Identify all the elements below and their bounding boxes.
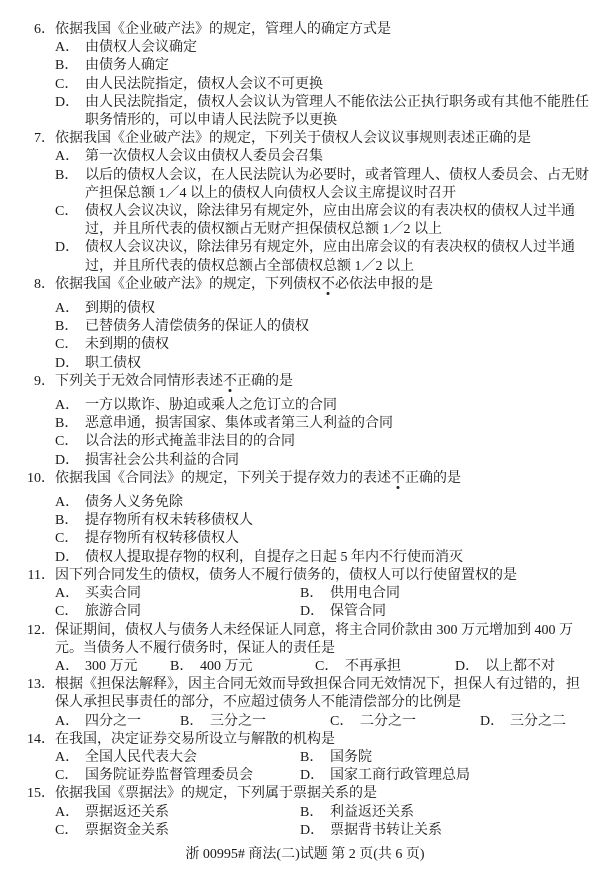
- question-stem: 依据我国《合同法》的规定，下列关于提存效力的表述不正确的是: [55, 470, 590, 488]
- option-b: B． 三分之一: [180, 713, 330, 731]
- option-d: D． 损害社会公共利益的合同: [55, 452, 590, 470]
- option-d: D． 国家工商行政管理总局: [300, 767, 590, 785]
- options-row: A． 300 万元 B． 400 万元 C． 不再承担 D． 以上都不对: [20, 658, 590, 676]
- question-number: 13．: [20, 676, 55, 712]
- option-label: B．: [55, 512, 85, 530]
- question-8: 8． 依据我国《企业破产法》的规定，下列债权不必依法申报的是 A． 到期的债权 …: [20, 276, 590, 373]
- option-b: B． 供用电合同: [300, 585, 590, 603]
- option-label: D．: [55, 239, 85, 275]
- option-label: B．: [300, 585, 330, 603]
- option-text: 债务人义务免除: [85, 494, 590, 512]
- option-text: 国务院证券监督管理委员会: [85, 767, 300, 785]
- option-text: 保管合同: [330, 603, 590, 621]
- option-text: 到期的债权: [85, 300, 590, 318]
- question-9: 9． 下列关于无效合同情形表述不正确的是 A． 一方以欺诈、胁迫或乘人之危订立的…: [20, 373, 590, 470]
- question-number: 8．: [20, 276, 55, 294]
- option-text: 已替债务人清偿债务的保证人的债权: [85, 318, 590, 336]
- option-label: C．: [315, 658, 345, 676]
- question-head: 15． 依据我国《票据法》的规定，下列属于票据关系的是: [20, 785, 590, 803]
- option-text: 第一次债权人会议由债权人委员会召集: [85, 148, 590, 166]
- option-label: C．: [55, 767, 85, 785]
- question-number: 11．: [20, 567, 55, 585]
- option-label: B．: [300, 804, 330, 822]
- question-stem: 保证期间，债权人与债务人未经保证人同意，将主合同价款由 300 万元增加到 40…: [55, 622, 590, 658]
- stem-text: 必依法申报的是: [335, 277, 433, 292]
- options-list: A． 债务人义务免除 B． 提存物所有权未转移债权人 C． 提存物所有权转移债权…: [20, 494, 590, 567]
- option-a: A． 到期的债权: [55, 300, 590, 318]
- option-text: 由人民法院指定，债权人会议不可更换: [85, 76, 590, 94]
- option-label: D．: [300, 767, 330, 785]
- question-number: 10．: [20, 470, 55, 488]
- option-a: A． 票据返还关系: [55, 804, 300, 822]
- option-a: A． 300 万元: [55, 658, 170, 676]
- option-text: 提存物所有权转移债权人: [85, 530, 590, 548]
- option-label: C．: [55, 203, 85, 239]
- option-label: A．: [55, 804, 85, 822]
- question-stem: 在我国，决定证券交易所设立与解散的机构是: [55, 731, 590, 749]
- option-text: 票据返还关系: [85, 804, 300, 822]
- option-d: D． 三分之二: [480, 713, 590, 731]
- option-label: B．: [55, 318, 85, 336]
- question-number: 7．: [20, 130, 55, 148]
- question-head: 8． 依据我国《企业破产法》的规定，下列债权不必依法申报的是: [20, 276, 590, 294]
- option-label: A．: [55, 397, 85, 415]
- option-text: 一方以欺诈、胁迫或乘人之危订立的合同: [85, 397, 590, 415]
- option-text: 供用电合同: [330, 585, 590, 603]
- option-text: 由债务人确定: [85, 57, 590, 75]
- option-label: B．: [55, 167, 85, 203]
- option-b: B． 已替债务人清偿债务的保证人的债权: [55, 318, 590, 336]
- question-head: 7． 依据我国《企业破产法》的规定，下列关于债权人会议议事规则表述正确的是: [20, 130, 590, 148]
- option-text: 以合法的形式掩盖非法目的的合同: [85, 433, 590, 451]
- option-text: 恶意串通，损害国家、集体或者第三人利益的合同: [85, 415, 590, 433]
- stem-text: 下列关于无效合同情形表述: [55, 374, 223, 389]
- option-label: A．: [55, 300, 85, 318]
- option-c: C． 旅游合同: [55, 603, 300, 621]
- question-number: 15．: [20, 785, 55, 803]
- option-label: A．: [55, 749, 85, 767]
- option-label: B．: [300, 749, 330, 767]
- option-text: 以后的债权人会议，在人民法院认为必要时，或者管理人、债权人委员会、占无财产担保总…: [85, 167, 590, 203]
- option-c: C． 国务院证券监督管理委员会: [55, 767, 300, 785]
- options-list: A． 到期的债权 B． 已替债务人清偿债务的保证人的债权 C． 未到期的债权 D…: [20, 300, 590, 373]
- option-c: C． 债权人会议决议，除法律另有规定外，应由出席会议的有表决权的债权人过半通过，…: [55, 203, 590, 239]
- option-label: D．: [300, 603, 330, 621]
- option-c: C． 以合法的形式掩盖非法目的的合同: [55, 433, 590, 451]
- options-list: A． 一方以欺诈、胁迫或乘人之危订立的合同 B． 恶意串通，损害国家、集体或者第…: [20, 397, 590, 470]
- option-text: 买卖合同: [85, 585, 300, 603]
- option-text: 未到期的债权: [85, 336, 590, 354]
- option-text: 债权人提取提存物的权利，自提存之日起 5 年内不行使而消灭: [85, 549, 590, 567]
- option-text: 400 万元: [200, 658, 315, 676]
- option-label: D．: [55, 549, 85, 567]
- question-13: 13． 根据《担保法解释》，因主合同无效而导致担保合同无效情况下，担保人有过错的…: [20, 676, 590, 731]
- question-14: 14． 在我国，决定证券交易所设立与解散的机构是 A． 全国人民代表大会 B． …: [20, 731, 590, 786]
- option-label: C．: [330, 713, 360, 731]
- option-text: 提存物所有权未转移债权人: [85, 512, 590, 530]
- exam-page: 6． 依据我国《企业破产法》的规定，管理人的确定方式是 A． 由债权人会议确定 …: [0, 0, 600, 864]
- option-label: C．: [55, 433, 85, 451]
- option-d: D． 票据背书转让关系: [300, 822, 590, 840]
- question-6: 6． 依据我国《企业破产法》的规定，管理人的确定方式是 A． 由债权人会议确定 …: [20, 21, 590, 130]
- option-label: B．: [55, 415, 85, 433]
- question-head: 9． 下列关于无效合同情形表述不正确的是: [20, 373, 590, 391]
- question-number: 6．: [20, 21, 55, 39]
- option-d: D． 由人民法院指定，债权人会议认为管理人不能依法公正执行职务或有其他不能胜任职…: [55, 94, 590, 130]
- option-text: 债权人会议决议，除法律另有规定外，应由出席会议的有表决权的债权人过半通过，并且所…: [85, 203, 590, 239]
- option-label: A．: [55, 713, 85, 731]
- stem-text: 依据我国《合同法》的规定，下列关于提存效力的表述: [55, 471, 391, 486]
- option-text: 由债权人会议确定: [85, 39, 590, 57]
- option-label: A．: [55, 39, 85, 57]
- question-stem: 依据我国《票据法》的规定，下列属于票据关系的是: [55, 785, 590, 803]
- option-label: C．: [55, 603, 85, 621]
- option-b: B． 以后的债权人会议，在人民法院认为必要时，或者管理人、债权人委员会、占无财产…: [55, 167, 590, 203]
- option-label: D．: [455, 658, 485, 676]
- option-c: C． 票据资金关系: [55, 822, 300, 840]
- option-label: D．: [55, 355, 85, 373]
- option-a: A． 四分之一: [55, 713, 180, 731]
- option-c: C． 提存物所有权转移债权人: [55, 530, 590, 548]
- option-b: B． 恶意串通，损害国家、集体或者第三人利益的合同: [55, 415, 590, 433]
- question-head: 14． 在我国，决定证券交易所设立与解散的机构是: [20, 731, 590, 749]
- option-text: 利益返还关系: [330, 804, 590, 822]
- question-head: 6． 依据我国《企业破产法》的规定，管理人的确定方式是: [20, 21, 590, 39]
- stem-text: 依据我国《企业破产法》的规定，下列债权: [55, 277, 321, 292]
- question-7: 7． 依据我国《企业破产法》的规定，下列关于债权人会议议事规则表述正确的是 A．…: [20, 130, 590, 276]
- option-b: B． 国务院: [300, 749, 590, 767]
- option-label: D．: [55, 452, 85, 470]
- options-grid: A． 票据返还关系 B． 利益返还关系 C． 票据资金关系 D． 票据背书转让关…: [20, 804, 590, 840]
- option-text: 三分之一: [210, 713, 330, 731]
- options-row: A． 四分之一 B． 三分之一 C． 二分之一 D． 三分之二: [20, 713, 590, 731]
- option-label: A．: [55, 494, 85, 512]
- option-c: C． 由人民法院指定，债权人会议不可更换: [55, 76, 590, 94]
- option-text: 不再承担: [345, 658, 455, 676]
- option-label: B．: [170, 658, 200, 676]
- question-stem: 依据我国《企业破产法》的规定，下列关于债权人会议议事规则表述正确的是: [55, 130, 590, 148]
- option-label: A．: [55, 658, 85, 676]
- option-label: A．: [55, 148, 85, 166]
- option-label: D．: [55, 94, 85, 130]
- option-text: 全国人民代表大会: [85, 749, 300, 767]
- option-c: C． 未到期的债权: [55, 336, 590, 354]
- options-grid: A． 买卖合同 B． 供用电合同 C． 旅游合同 D． 保管合同: [20, 585, 590, 621]
- option-text: 旅游合同: [85, 603, 300, 621]
- option-d: D． 债权人会议决议，除法律另有规定外，应由出席会议的有表决权的债权人过半通过，…: [55, 239, 590, 275]
- option-text: 国务院: [330, 749, 590, 767]
- option-a: A． 第一次债权人会议由债权人委员会召集: [55, 148, 590, 166]
- options-list: A． 第一次债权人会议由债权人委员会召集 B． 以后的债权人会议，在人民法院认为…: [20, 148, 590, 275]
- option-d: D． 债权人提取提存物的权利，自提存之日起 5 年内不行使而消灭: [55, 549, 590, 567]
- options-list: A． 由债权人会议确定 B． 由债务人确定 C． 由人民法院指定，债权人会议不可…: [20, 39, 590, 130]
- question-number: 14．: [20, 731, 55, 749]
- option-text: 国家工商行政管理总局: [330, 767, 590, 785]
- option-text: 二分之一: [360, 713, 480, 731]
- option-b: B． 由债务人确定: [55, 57, 590, 75]
- question-15: 15． 依据我国《票据法》的规定，下列属于票据关系的是 A． 票据返还关系 B．…: [20, 785, 590, 840]
- stem-emphasized-text: 不: [391, 471, 405, 486]
- question-stem: 依据我国《企业破产法》的规定，管理人的确定方式是: [55, 21, 590, 39]
- option-a: A． 买卖合同: [55, 585, 300, 603]
- option-d: D． 保管合同: [300, 603, 590, 621]
- option-a: A． 全国人民代表大会: [55, 749, 300, 767]
- question-number: 12．: [20, 622, 55, 658]
- option-label: B．: [180, 713, 210, 731]
- option-text: 损害社会公共利益的合同: [85, 452, 590, 470]
- question-stem: 依据我国《企业破产法》的规定，下列债权不必依法申报的是: [55, 276, 590, 294]
- option-b: B． 利益返还关系: [300, 804, 590, 822]
- options-grid: A． 全国人民代表大会 B． 国务院 C． 国务院证券监督管理委员会 D． 国家…: [20, 749, 590, 785]
- question-stem: 因下列合同发生的债权，债务人不履行债务的，债权人可以行使留置权的是: [55, 567, 590, 585]
- stem-text: 正确的是: [405, 471, 461, 486]
- option-label: B．: [55, 57, 85, 75]
- question-stem: 根据《担保法解释》，因主合同无效而导致担保合同无效情况下，担保人有过错的，担保人…: [55, 676, 590, 712]
- question-head: 13． 根据《担保法解释》，因主合同无效而导致担保合同无效情况下，担保人有过错的…: [20, 676, 590, 712]
- option-label: C．: [55, 530, 85, 548]
- question-head: 12． 保证期间，债权人与债务人未经保证人同意，将主合同价款由 300 万元增加…: [20, 622, 590, 658]
- option-text: 票据资金关系: [85, 822, 300, 840]
- option-d: D． 职工债权: [55, 355, 590, 373]
- option-text: 票据背书转让关系: [330, 822, 590, 840]
- question-10: 10． 依据我国《合同法》的规定，下列关于提存效力的表述不正确的是 A． 债务人…: [20, 470, 590, 567]
- question-number: 9．: [20, 373, 55, 391]
- option-d: D． 以上都不对: [455, 658, 590, 676]
- question-head: 10． 依据我国《合同法》的规定，下列关于提存效力的表述不正确的是: [20, 470, 590, 488]
- option-c: C． 二分之一: [330, 713, 480, 731]
- option-text: 四分之一: [85, 713, 180, 731]
- option-label: A．: [55, 585, 85, 603]
- option-a: A． 一方以欺诈、胁迫或乘人之危订立的合同: [55, 397, 590, 415]
- question-12: 12． 保证期间，债权人与债务人未经保证人同意，将主合同价款由 300 万元增加…: [20, 622, 590, 677]
- option-label: D．: [480, 713, 510, 731]
- stem-text: 正确的是: [237, 374, 293, 389]
- stem-emphasized-text: 不: [223, 374, 237, 389]
- option-text: 三分之二: [510, 713, 590, 731]
- option-label: C．: [55, 76, 85, 94]
- option-label: C．: [55, 336, 85, 354]
- option-text: 以上都不对: [485, 658, 590, 676]
- option-c: C． 不再承担: [315, 658, 455, 676]
- page-footer: 浙 00995# 商法(二)试题 第 2 页(共 6 页): [20, 846, 590, 864]
- option-text: 职工债权: [85, 355, 590, 373]
- option-a: A． 债务人义务免除: [55, 494, 590, 512]
- option-b: B． 提存物所有权未转移债权人: [55, 512, 590, 530]
- question-head: 11． 因下列合同发生的债权，债务人不履行债务的，债权人可以行使留置权的是: [20, 567, 590, 585]
- option-label: C．: [55, 822, 85, 840]
- question-11: 11． 因下列合同发生的债权，债务人不履行债务的，债权人可以行使留置权的是 A．…: [20, 567, 590, 622]
- stem-emphasized-text: 不: [321, 277, 335, 292]
- question-stem: 下列关于无效合同情形表述不正确的是: [55, 373, 590, 391]
- option-b: B． 400 万元: [170, 658, 315, 676]
- option-label: D．: [300, 822, 330, 840]
- option-text: 债权人会议决议，除法律另有规定外，应由出席会议的有表决权的债权人过半通过，并且所…: [85, 239, 590, 275]
- option-text: 300 万元: [85, 658, 170, 676]
- option-a: A． 由债权人会议确定: [55, 39, 590, 57]
- option-text: 由人民法院指定，债权人会议认为管理人不能依法公正执行职务或有其他不能胜任职务情形…: [85, 94, 590, 130]
